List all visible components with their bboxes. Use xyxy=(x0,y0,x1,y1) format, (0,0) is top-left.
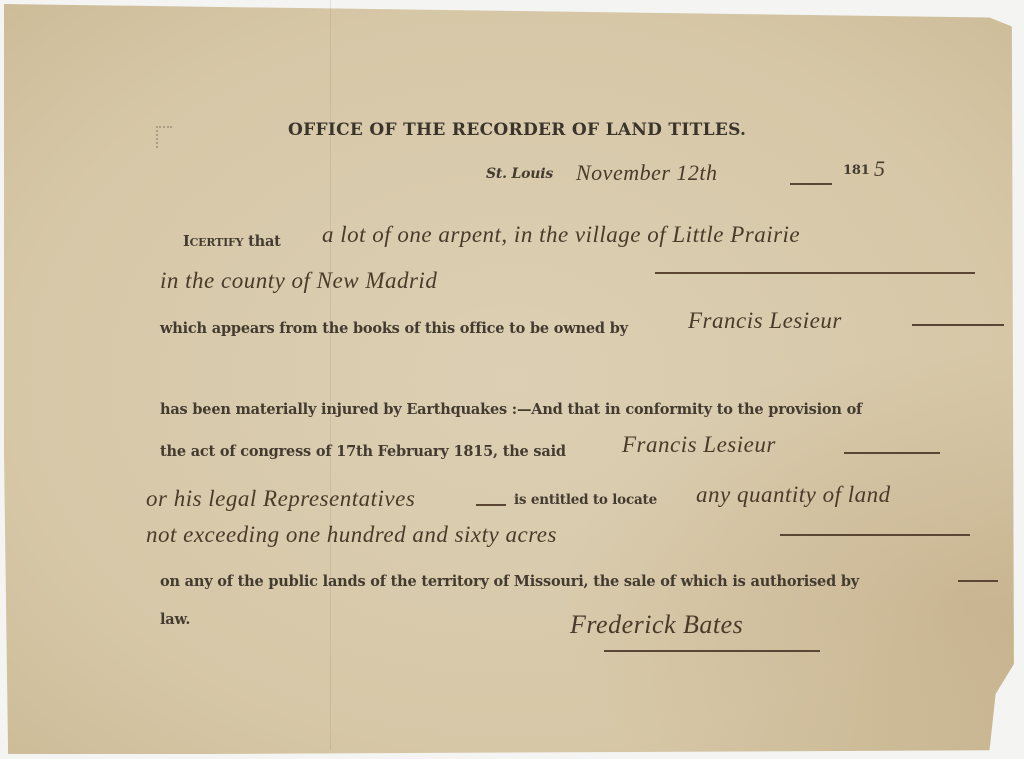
certify-initial: I xyxy=(183,233,190,250)
authorised-rule xyxy=(958,580,998,582)
handwritten-said-name: Francis Lesieur xyxy=(622,432,776,458)
act-of-congress-text: the act of congress of 17th February 181… xyxy=(160,443,566,460)
document-paper xyxy=(4,4,1020,754)
representatives-rule xyxy=(476,504,506,506)
owned-by-text: which appears from the books of this off… xyxy=(160,320,628,337)
certify-smallcaps: CERTIFY xyxy=(190,236,244,249)
signature-rule xyxy=(604,650,820,652)
earthquake-text: has been materially injured by Earthquak… xyxy=(160,401,862,418)
handwritten-quantity: any quantity of land xyxy=(696,482,891,508)
entitled-to-locate-text: is entitled to locate xyxy=(514,492,657,508)
handwritten-date: November 12th xyxy=(576,160,718,186)
year-handwritten: 5 xyxy=(874,156,886,182)
handwritten-county: in the county of New Madrid xyxy=(160,268,437,294)
year-printed: 181 xyxy=(843,163,870,178)
law-text: law. xyxy=(160,611,190,628)
handwritten-representatives: or his legal Representatives xyxy=(146,486,415,512)
handwritten-property-description: a lot of one arpent, in the village of L… xyxy=(322,222,800,248)
date-rule xyxy=(790,183,832,185)
document-heading: OFFICE OF THE RECORDER OF LAND TITLES. xyxy=(288,120,746,140)
place-label: St. Louis xyxy=(486,166,553,182)
owner-rule xyxy=(912,324,1004,326)
handwritten-acreage-limit: not exceeding one hundred and sixty acre… xyxy=(146,522,557,548)
county-rule xyxy=(655,272,975,274)
paper-fold xyxy=(330,0,331,750)
acreage-rule xyxy=(780,534,970,536)
faded-stamp-mark xyxy=(156,126,172,148)
said-name-rule xyxy=(844,452,940,454)
signature: Frederick Bates xyxy=(570,610,743,640)
public-lands-text: on any of the public lands of the territ… xyxy=(160,573,859,590)
handwritten-owner-name: Francis Lesieur xyxy=(688,308,842,334)
certify-that: that xyxy=(248,233,281,250)
certify-lead: ICERTIFY that xyxy=(183,233,281,250)
